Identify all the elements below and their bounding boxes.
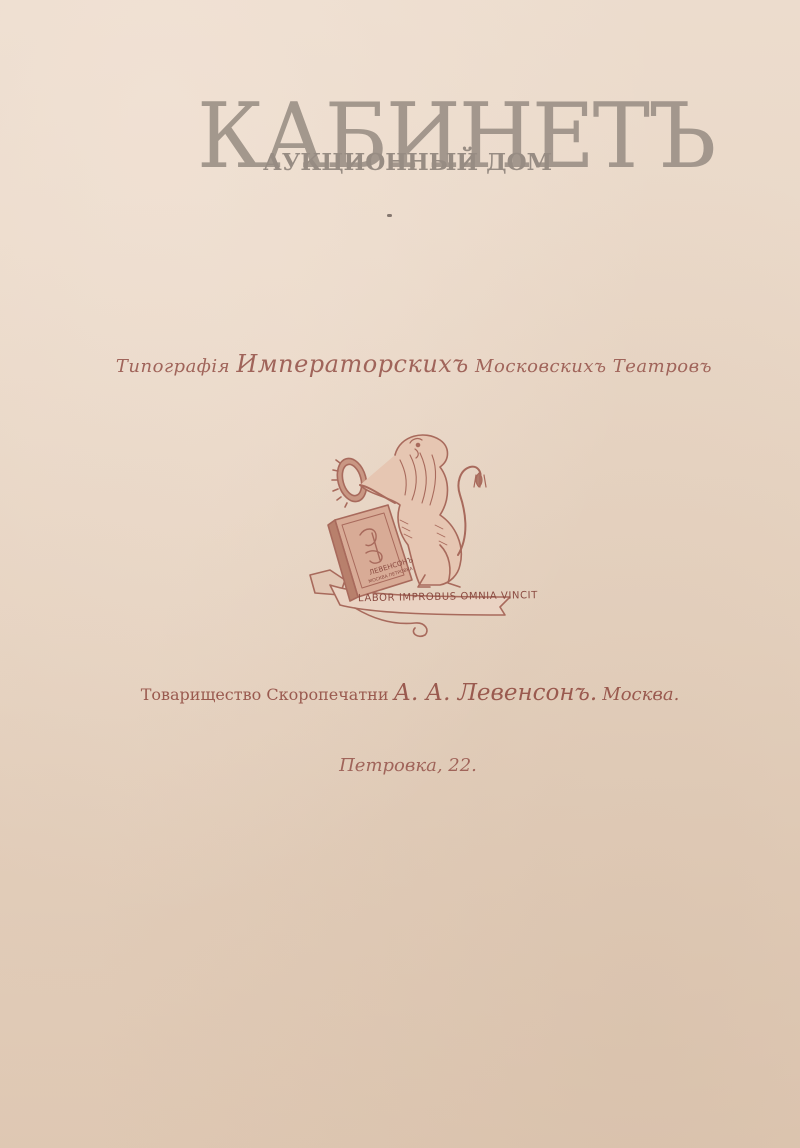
document-page: КАБИНЕТЪ АУКЦИОННЫЙ ДОМ Типографія Импер… — [0, 0, 800, 1148]
publisher-name: А. А. Левенсонъ. — [394, 680, 598, 706]
printer-word-1: Типографія — [116, 356, 230, 377]
lion-emblem-icon: ЛЕВЕНСОНЪ МОСКВА ПЕТРОВКА — [300, 425, 520, 640]
printer-word-4: Театровъ — [613, 356, 712, 377]
printer-word-2: Императорскихъ — [236, 350, 469, 378]
publisher-line: Товарищество Скоропечатни А. А. Левенсон… — [10, 680, 800, 706]
printer-word-3: Московскихъ — [475, 356, 606, 377]
publisher-prefix: Товарищество Скоропечатни — [141, 685, 389, 704]
printer-line: Типографія Императорскихъ Московскихъ Те… — [14, 350, 800, 378]
watermark-subtitle: АУКЦИОННЫЙ ДОМ — [263, 149, 543, 176]
auction-house-watermark: КАБИНЕТЪ АУКЦИОННЫЙ ДОМ — [197, 92, 602, 187]
publisher-city: Москва. — [602, 684, 679, 705]
address-line: Петровка, 22. — [8, 755, 800, 776]
paper-speck — [387, 214, 392, 217]
